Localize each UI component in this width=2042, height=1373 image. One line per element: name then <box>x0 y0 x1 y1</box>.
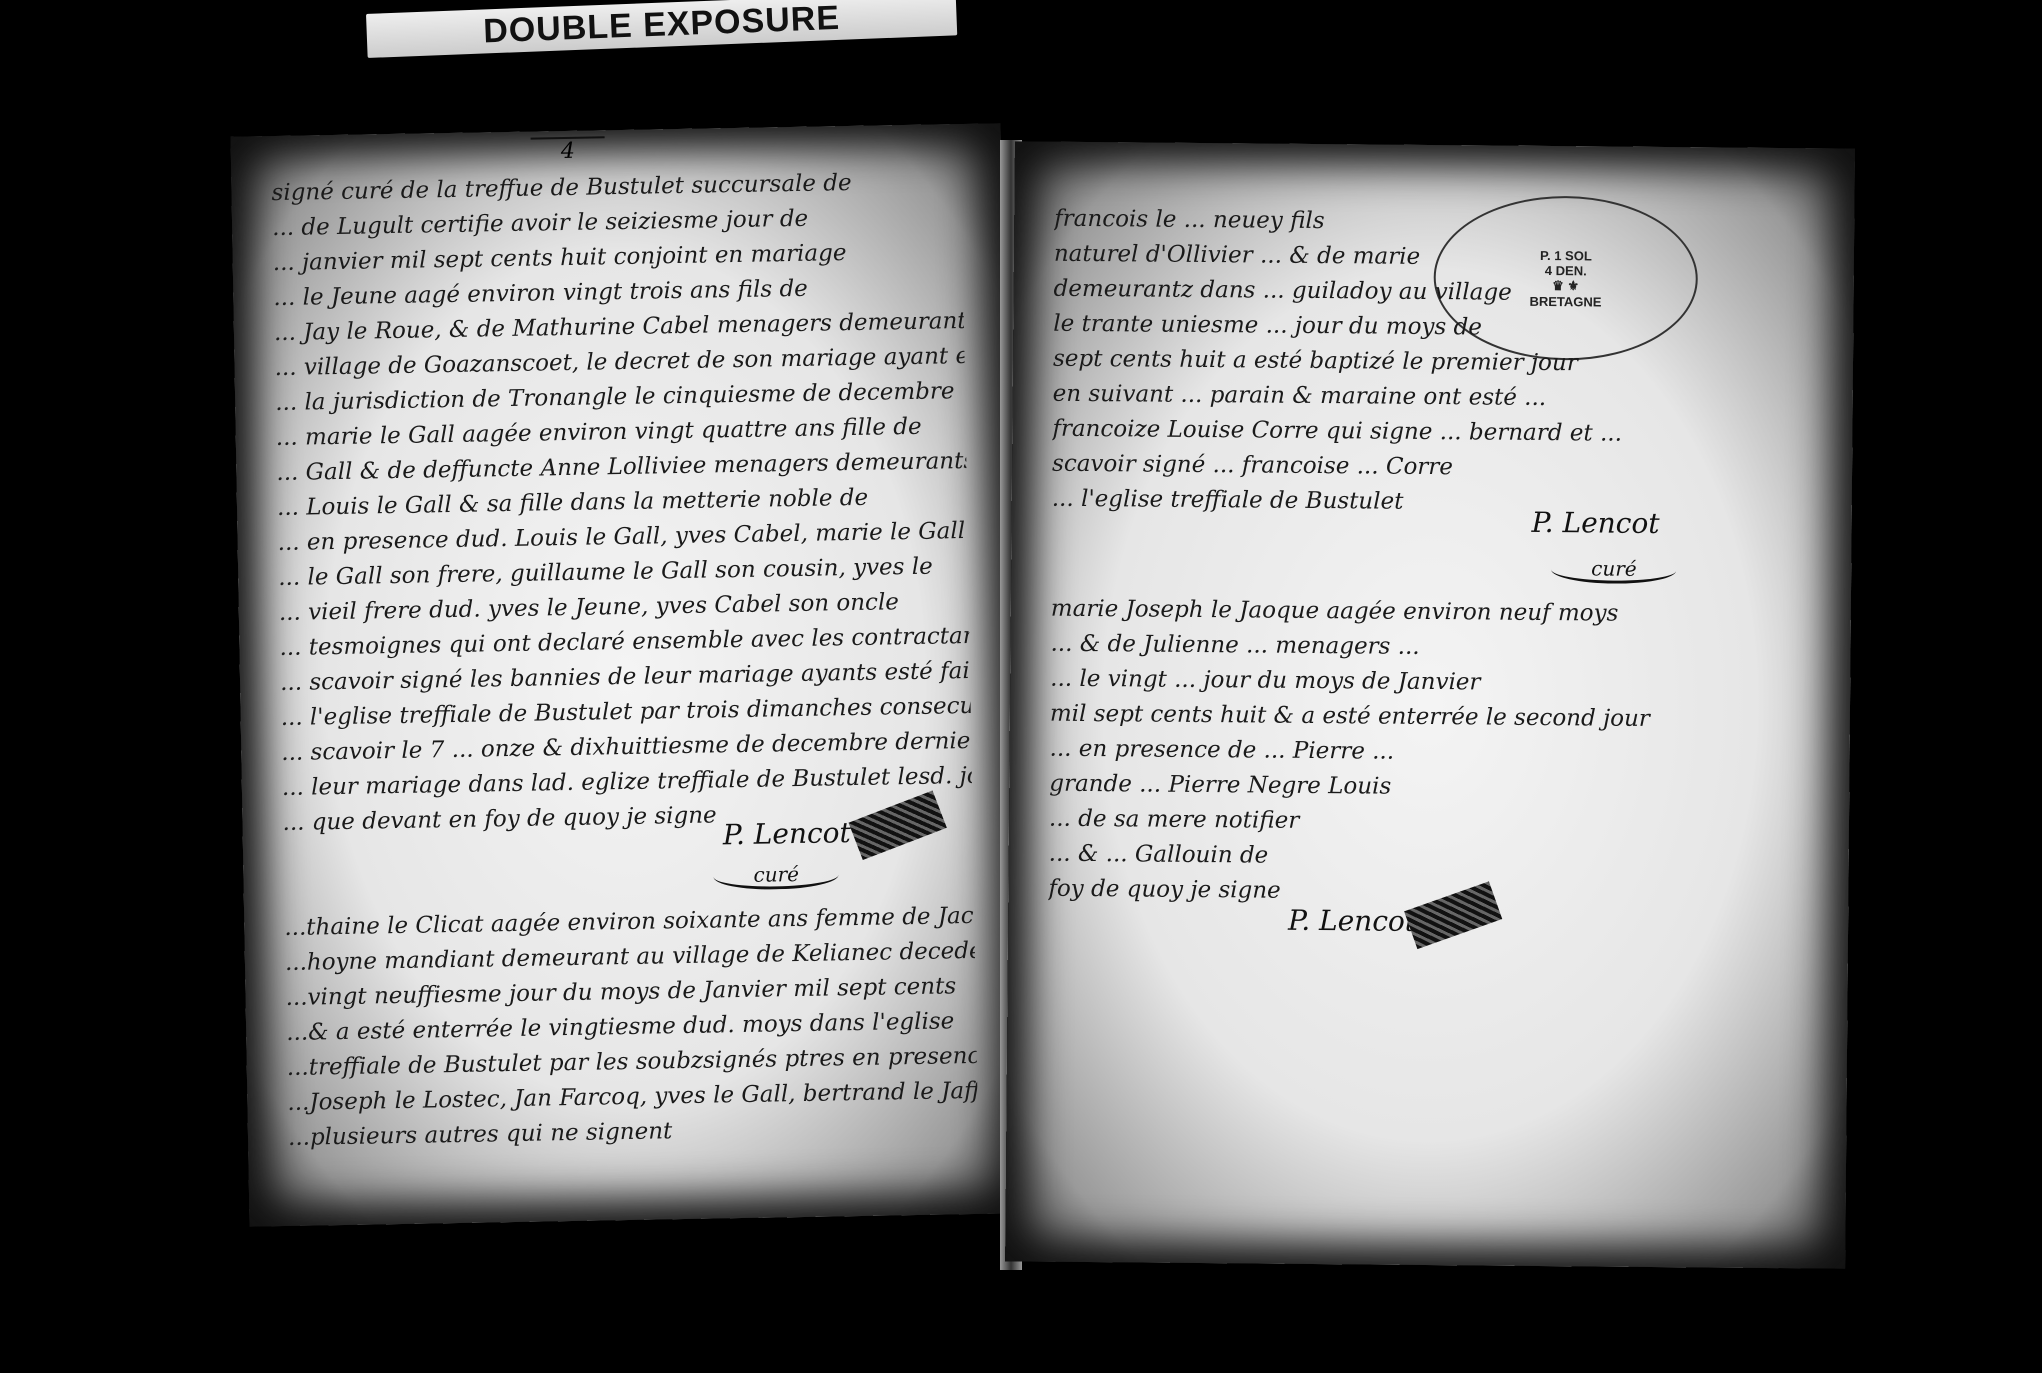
signature: P. Lencot <box>1288 904 1416 938</box>
left-entry-2: ...thaine le Clicat aagée environ soixan… <box>284 899 978 1156</box>
double-exposure-label: DOUBLE EXPOSURE <box>366 0 957 58</box>
left-page: 4 signé curé de la treffue de Bustulet s… <box>231 123 1020 1226</box>
left-entry-1: signé curé de la treffue de Bustulet suc… <box>271 164 973 841</box>
right-entry-1: francois le ... neuey fils naturel d'Oll… <box>1052 202 1815 524</box>
right-entry-2: marie Joseph le Jaoque aagée environ neu… <box>1048 592 1811 914</box>
cure-title: curé <box>1551 556 1677 584</box>
cure-title: curé <box>713 861 839 890</box>
signature: P. Lencot <box>1531 506 1659 540</box>
right-page: P. 1 SOL 4 DEN. ♛ ⚜ BRETAGNE francois le… <box>1005 141 1855 1268</box>
page-number: 4 <box>531 136 605 164</box>
text-line: ... l'eglise treffiale de Bustulet <box>1052 482 1812 524</box>
label-text: DOUBLE EXPOSURE <box>483 0 841 51</box>
register-book: 4 signé curé de la treffue de Bustulet s… <box>150 100 1950 1280</box>
signature: P. Lencot <box>723 816 852 851</box>
